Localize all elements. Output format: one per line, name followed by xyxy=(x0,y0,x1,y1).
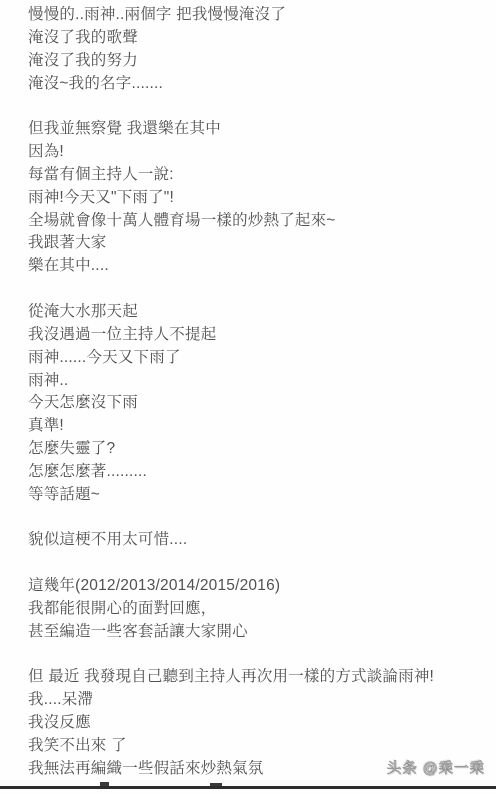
stanza-2: 但我並無察覺 我還樂在其中 因為! 每當有個主持人一說: 雨神!今天又"下雨了"… xyxy=(28,118,486,278)
text-line: 我都能很開心的面對回應， xyxy=(28,598,486,621)
text-line: 我沒反應 xyxy=(28,712,486,735)
text-line: 淹沒了我的努力 xyxy=(28,50,486,73)
stanza-4: 貌似這梗不用太可惜.... xyxy=(28,529,486,552)
text-line: 但我並無察覺 我還樂在其中 xyxy=(28,118,486,141)
poem-text-block: 慢慢的..雨神..兩個字 把我慢慢淹沒了 淹沒了我的歌聲 淹沒了我的努力 淹沒~… xyxy=(28,4,486,781)
text-line: 因為! xyxy=(28,141,486,164)
text-line: 淹沒~我的名字....... xyxy=(28,73,486,96)
text-line: 貌似這梗不用太可惜.... xyxy=(28,529,486,552)
text-line: 我跟著大家 xyxy=(28,232,486,255)
text-line: 我笑不出來 了 xyxy=(28,735,486,758)
text-line: 但 最近 我發現自己聽到主持人再次用一樣的方式談論雨神! xyxy=(28,666,486,689)
text-line: 雨神.. xyxy=(28,370,486,393)
toutiao-watermark: 头条 @乘一乘 xyxy=(387,757,485,778)
text-line: 雨神!今天又"下雨了"! xyxy=(28,187,486,210)
text-line: 從淹大水那天起 xyxy=(28,301,486,324)
text-line: 怎麼失靈了? xyxy=(28,438,486,461)
stanza-3: 從淹大水那天起 我沒遇過一位主持人不提起 雨神......今天又下雨了 雨神..… xyxy=(28,301,486,507)
stanza-5: 這幾年(2012/2013/2014/2015/2016) 我都能很開心的面對回… xyxy=(28,575,486,644)
text-line: 甚至編造一些客套話讓大家開心 xyxy=(28,621,486,644)
text-line: 今天怎麼沒下雨 xyxy=(28,392,486,415)
text-line: 樂在其中.... xyxy=(28,255,486,278)
stanza-1: 慢慢的..雨神..兩個字 把我慢慢淹沒了 淹沒了我的歌聲 淹沒了我的努力 淹沒~… xyxy=(28,4,486,95)
text-line: 每當有個主持人一說: xyxy=(28,164,486,187)
text-line: 慢慢的..雨神..兩個字 把我慢慢淹沒了 xyxy=(28,4,486,27)
text-line: 全場就會像十萬人體育場一樣的炒熱了起來~ xyxy=(28,210,486,233)
text-line: 我....呆滯 xyxy=(28,689,486,712)
text-line: 雨神......今天又下雨了 xyxy=(28,347,486,370)
text-line: 真準! xyxy=(28,415,486,438)
text-line: 我沒遇過一位主持人不提起 xyxy=(28,324,486,347)
text-line: 怎麼怎麼著......... xyxy=(28,461,486,484)
text-line: 這幾年(2012/2013/2014/2015/2016) xyxy=(28,575,486,598)
text-line: 等等話題~ xyxy=(28,484,486,507)
bottom-divider xyxy=(0,786,496,789)
text-line: 淹沒了我的歌聲 xyxy=(28,27,486,50)
